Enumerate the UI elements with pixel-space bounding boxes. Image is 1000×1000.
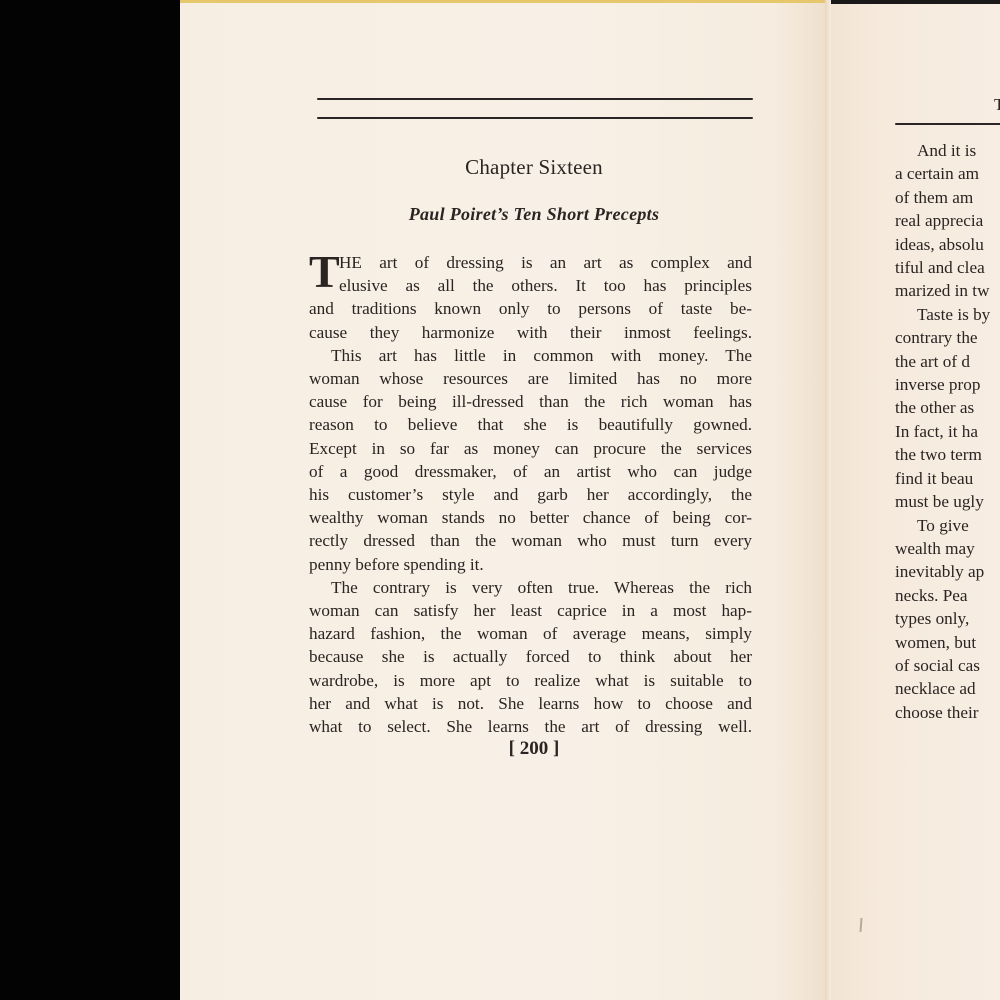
text-line: Taste is by xyxy=(895,303,1000,326)
text-line: and traditions known only to persons of … xyxy=(309,297,752,320)
text-line: of them am xyxy=(895,186,1000,209)
text-line: a certain am xyxy=(895,162,1000,185)
text-line: elusive as all the others. It too has pr… xyxy=(309,274,752,297)
text-line: tiful and clea xyxy=(895,256,1000,279)
text-line: wealth may xyxy=(895,537,1000,560)
text-line: wealthy woman stands no better chance of… xyxy=(309,506,752,529)
text-line: inverse prop xyxy=(895,373,1000,396)
text-line: hazard fashion, the woman of average mea… xyxy=(309,622,752,645)
text-line: wardrobe, is more apt to realize what is… xyxy=(309,669,752,692)
text-line: Except in so far as money can procure th… xyxy=(309,437,752,460)
text-line: reason to believe that she is beautifull… xyxy=(309,413,752,436)
text-line: because she is actually forced to think … xyxy=(309,645,752,668)
right-header-rule xyxy=(895,123,1000,125)
text-line: marized in tw xyxy=(895,279,1000,302)
text-line: of social cas xyxy=(895,654,1000,677)
text-line: necks. Pea xyxy=(895,584,1000,607)
text-line: penny before spending it. xyxy=(309,553,752,576)
text-line: choose their xyxy=(895,701,1000,724)
header-rule-top xyxy=(317,98,753,100)
text-line: must be ugly xyxy=(895,490,1000,513)
text-line: find it beau xyxy=(895,467,1000,490)
left-page-body: HE art of dressing is an art as complex … xyxy=(309,251,752,738)
text-line: woman can satisfy her least caprice in a… xyxy=(309,599,752,622)
text-line: And it is xyxy=(895,139,1000,162)
text-line: cause for being ill-dressed than the ric… xyxy=(309,390,752,413)
text-line: necklace ad xyxy=(895,677,1000,700)
text-line: real apprecia xyxy=(895,209,1000,232)
text-line: ideas, absolu xyxy=(895,233,1000,256)
text-line: cause they harmonize with their inmost f… xyxy=(309,321,752,344)
text-line: contrary the xyxy=(895,326,1000,349)
text-line: what to select. She learns the art of dr… xyxy=(309,715,752,738)
text-line: This art has little in common with money… xyxy=(309,344,752,367)
text-line: inevitably ap xyxy=(895,560,1000,583)
text-line: In fact, it ha xyxy=(895,420,1000,443)
page-number: [ 200 ] xyxy=(316,738,752,760)
header-rule-bottom xyxy=(317,117,753,119)
text-line: types only, xyxy=(895,607,1000,630)
text-line: of a good dressmaker, of an artist who c… xyxy=(309,460,752,483)
chapter-subtitle: Paul Poiret’s Ten Short Precepts xyxy=(316,204,752,225)
text-line: women, but xyxy=(895,631,1000,654)
black-background-edge xyxy=(0,0,180,1000)
right-page-header-fragment: T xyxy=(994,95,1000,115)
text-line: the two term xyxy=(895,443,1000,466)
text-line: the art of d xyxy=(895,350,1000,373)
text-line: the other as xyxy=(895,396,1000,419)
text-line: his customer’s style and garb her accord… xyxy=(309,483,752,506)
chapter-title: Chapter Sixteen xyxy=(316,155,752,180)
text-line: To give xyxy=(895,514,1000,537)
text-line: rectly dressed than the woman who must t… xyxy=(309,529,752,552)
right-page-body: And it is a certain am of them am real a… xyxy=(895,139,1000,724)
text-line: woman whose resources are limited has no… xyxy=(309,367,752,390)
text-line: her and what is not. She learns how to c… xyxy=(309,692,752,715)
text-line: HE art of dressing is an art as complex … xyxy=(309,251,752,274)
text-line: The contrary is very often true. Whereas… xyxy=(309,576,752,599)
